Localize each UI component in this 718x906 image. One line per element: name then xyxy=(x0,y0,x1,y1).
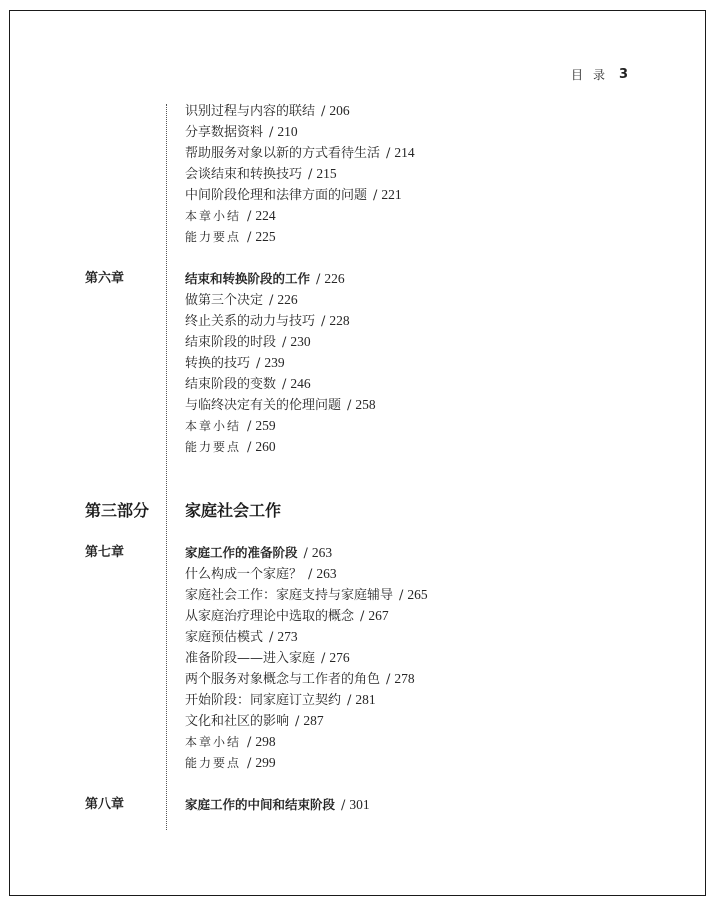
dotted-divider xyxy=(166,104,167,830)
toc-entry[interactable]: 开始阶段：同家庭订立契约/281 xyxy=(185,691,376,710)
toc-separator: / xyxy=(247,419,251,434)
toc-entry-title: 终止关系的动力与技巧 xyxy=(185,314,315,329)
toc-entry-page: 265 xyxy=(407,587,427,602)
toc-entry-title: 能力要点 xyxy=(185,230,241,244)
chapter-label-7: 第七章 xyxy=(85,544,124,562)
running-head: 目录 3 xyxy=(571,66,628,83)
toc-separator: / xyxy=(399,588,403,603)
toc-separator: / xyxy=(247,209,251,224)
toc-separator: / xyxy=(269,125,273,140)
toc-separator: / xyxy=(282,377,286,392)
toc-entry-title: 结束和转换阶段的工作 xyxy=(185,271,310,286)
toc-entry[interactable]: 文化和社区的影响/287 xyxy=(185,712,324,731)
toc-entry-page: 273 xyxy=(277,629,297,644)
toc-separator: / xyxy=(247,230,251,245)
toc-entry-page: 299 xyxy=(255,755,275,770)
toc-chapter-title[interactable]: 家庭工作的中间和结束阶段/301 xyxy=(185,796,370,815)
toc-entry-title: 与临终决定有关的伦理问题 xyxy=(185,398,341,413)
toc-entry-page: 215 xyxy=(316,166,336,181)
toc-entry-page: 278 xyxy=(394,671,414,686)
toc-entry-chapter-summary[interactable]: 本章小结/298 xyxy=(185,733,276,752)
toc-entry-title: 本章小结 xyxy=(185,735,241,749)
part-title[interactable]: 家庭社会工作 xyxy=(185,500,281,522)
toc-entry-page: 263 xyxy=(316,566,336,581)
toc-entry-title: 家庭工作的中间和结束阶段 xyxy=(185,797,335,812)
toc-separator: / xyxy=(373,188,377,203)
toc-entry-page: 260 xyxy=(255,439,275,454)
toc-entry[interactable]: 家庭预估模式/273 xyxy=(185,628,298,647)
toc-entry-title: 能力要点 xyxy=(185,440,241,454)
toc-entry-page: 259 xyxy=(255,418,275,433)
toc-separator: / xyxy=(295,714,299,729)
toc-entry[interactable]: 分享数据资料/210 xyxy=(185,123,298,142)
toc-separator: / xyxy=(321,104,325,119)
toc-entry-chapter-summary[interactable]: 本章小结/259 xyxy=(185,417,276,436)
toc-entry-title: 开始阶段：同家庭订立契约 xyxy=(185,693,341,708)
toc-separator: / xyxy=(321,651,325,666)
toc-chapter-title[interactable]: 家庭工作的准备阶段/263 xyxy=(185,544,332,563)
toc-entry-title: 本章小结 xyxy=(185,209,241,223)
toc-entry[interactable]: 转换的技巧/239 xyxy=(185,354,285,373)
toc-separator: / xyxy=(269,293,273,308)
part-label: 第三部分 xyxy=(85,500,149,522)
toc-separator: / xyxy=(347,398,351,413)
toc-entry-page: 226 xyxy=(277,292,297,307)
toc-separator: / xyxy=(308,567,312,582)
toc-entry-competency-points[interactable]: 能力要点/299 xyxy=(185,754,276,773)
toc-entry[interactable]: 准备阶段——进入家庭/276 xyxy=(185,649,350,668)
toc-entry[interactable]: 结束阶段的变数/246 xyxy=(185,375,311,394)
toc-entry-title: 能力要点 xyxy=(185,756,241,770)
toc-entry[interactable]: 结束阶段的时段/230 xyxy=(185,333,311,352)
toc-separator: / xyxy=(247,735,251,750)
toc-entry[interactable]: 帮助服务对象以新的方式看待生活/214 xyxy=(185,144,415,163)
toc-entry-title: 会谈结束和转换技巧 xyxy=(185,167,302,182)
toc-entry-page: 214 xyxy=(394,145,414,160)
toc-entry[interactable]: 终止关系的动力与技巧/228 xyxy=(185,312,350,331)
page-frame xyxy=(9,10,706,896)
toc-entry-title: 什么构成一个家庭？ xyxy=(185,567,302,582)
toc-entry-competency-points[interactable]: 能力要点/260 xyxy=(185,438,276,457)
toc-entry-page: 239 xyxy=(264,355,284,370)
toc-entry-page: 230 xyxy=(290,334,310,349)
toc-separator: / xyxy=(386,146,390,161)
toc-separator: / xyxy=(247,756,251,771)
toc-entry-title: 从家庭治疗理论中选取的概念 xyxy=(185,609,354,624)
toc-entry-title: 家庭预估模式 xyxy=(185,630,263,645)
toc-separator: / xyxy=(308,167,312,182)
toc-entry[interactable]: 识别过程与内容的联结/206 xyxy=(185,102,350,121)
toc-separator: / xyxy=(347,693,351,708)
running-head-title: 目录 xyxy=(571,66,615,83)
toc-separator: / xyxy=(386,672,390,687)
toc-entry-page: 263 xyxy=(312,545,332,560)
toc-entry-title: 准备阶段——进入家庭 xyxy=(185,651,315,666)
toc-entry-title: 结束阶段的变数 xyxy=(185,377,276,392)
toc-entry-page: 246 xyxy=(290,376,310,391)
toc-entry-chapter-summary[interactable]: 本章小结/224 xyxy=(185,207,276,226)
toc-entry-page: 206 xyxy=(329,103,349,118)
toc-entry-title: 转换的技巧 xyxy=(185,356,250,371)
toc-entry-page: 281 xyxy=(355,692,375,707)
toc-chapter-title[interactable]: 结束和转换阶段的工作/226 xyxy=(185,270,345,289)
toc-entry[interactable]: 中间阶段伦理和法律方面的问题/221 xyxy=(185,186,402,205)
toc-entry-page: 224 xyxy=(255,208,275,223)
toc-separator: / xyxy=(316,272,320,287)
toc-entry-page: 226 xyxy=(324,271,344,286)
toc-entry-title: 分享数据资料 xyxy=(185,125,263,140)
toc-entry-title: 家庭工作的准备阶段 xyxy=(185,545,298,560)
toc-entry-title: 中间阶段伦理和法律方面的问题 xyxy=(185,188,367,203)
toc-separator: / xyxy=(282,335,286,350)
toc-entry-title: 识别过程与内容的联结 xyxy=(185,104,315,119)
toc-entry-page: 221 xyxy=(381,187,401,202)
toc-entry-title: 文化和社区的影响 xyxy=(185,714,289,729)
toc-separator: / xyxy=(256,356,260,371)
toc-entry[interactable]: 做第三个决定/226 xyxy=(185,291,298,310)
chapter-label-6: 第六章 xyxy=(85,270,124,288)
toc-entry-page: 225 xyxy=(255,229,275,244)
toc-entry-title: 结束阶段的时段 xyxy=(185,335,276,350)
toc-entry[interactable]: 从家庭治疗理论中选取的概念/267 xyxy=(185,607,389,626)
toc-entry-page: 267 xyxy=(368,608,388,623)
toc-separator: / xyxy=(304,546,308,561)
toc-separator: / xyxy=(341,798,345,813)
toc-entry[interactable]: 家庭社会工作：家庭支持与家庭辅导/265 xyxy=(185,586,428,605)
toc-entry[interactable]: 与临终决定有关的伦理问题/258 xyxy=(185,396,376,415)
toc-entry-competency-points[interactable]: 能力要点/225 xyxy=(185,228,276,247)
toc-separator: / xyxy=(360,609,364,624)
toc-separator: / xyxy=(269,630,273,645)
chapter-label-8: 第八章 xyxy=(85,796,124,814)
toc-entry[interactable]: 会谈结束和转换技巧/215 xyxy=(185,165,337,184)
toc-entry-title: 两个服务对象概念与工作者的角色 xyxy=(185,672,380,687)
toc-separator: / xyxy=(321,314,325,329)
toc-entry-title: 家庭社会工作：家庭支持与家庭辅导 xyxy=(185,588,393,603)
running-head-page-number: 3 xyxy=(619,67,628,82)
toc-entry-page: 287 xyxy=(303,713,323,728)
toc-entry-title: 做第三个决定 xyxy=(185,293,263,308)
toc-entry-title: 帮助服务对象以新的方式看待生活 xyxy=(185,146,380,161)
toc-entry[interactable]: 什么构成一个家庭？/263 xyxy=(185,565,337,584)
toc-entry-title: 本章小结 xyxy=(185,419,241,433)
toc-entry-page: 210 xyxy=(277,124,297,139)
toc-separator: / xyxy=(247,440,251,455)
toc-entry-page: 301 xyxy=(349,797,369,812)
toc-entry-page: 276 xyxy=(329,650,349,665)
toc-entry-page: 298 xyxy=(255,734,275,749)
toc-entry-page: 228 xyxy=(329,313,349,328)
toc-entry-page: 258 xyxy=(355,397,375,412)
toc-entry[interactable]: 两个服务对象概念与工作者的角色/278 xyxy=(185,670,415,689)
